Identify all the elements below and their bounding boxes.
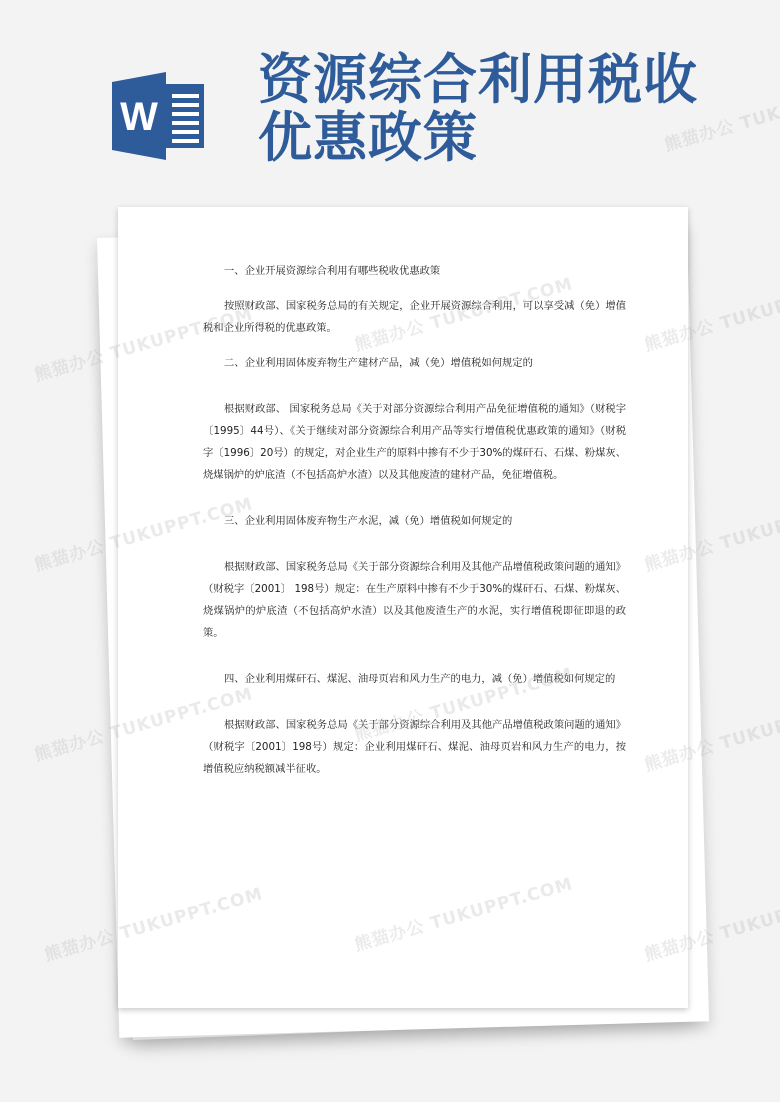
section-heading: 三、企业利用固体废弃物生产水泥，减（免）增值税如何规定的	[203, 510, 626, 532]
word-document-icon: W	[108, 68, 208, 164]
document-title: 资源综合利用税收 优惠政策	[258, 50, 728, 166]
svg-text:W: W	[120, 95, 158, 139]
section-body: 根据财政部、国家税务总局《关于部分资源综合利用及其他产品增值税政策问题的通知》（…	[203, 714, 626, 780]
section-heading: 四、企业利用煤矸石、煤泥、油母页岩和风力生产的电力，减（免）增值税如何规定的	[203, 668, 626, 690]
title-line-1: 资源综合利用税收	[258, 50, 728, 108]
document-body: 一、企业开展资源综合利用有哪些税收优惠政策 按照财政部、国家税务总局的有关规定，…	[203, 260, 626, 780]
section-heading: 一、企业开展资源综合利用有哪些税收优惠政策	[203, 260, 626, 282]
section-body: 根据财政部、国家税务总局《关于部分资源综合利用及其他产品增值税政策问题的通知》（…	[203, 556, 626, 644]
section-body: 按照财政部、国家税务总局的有关规定，企业开展资源综合利用，可以享受减（免）增值税…	[203, 295, 626, 339]
section-body: 根据财政部、 国家税务总局《关于对部分资源综合利用产品免征增值税的通知》（财税字…	[203, 398, 626, 486]
section-heading: 二、企业利用固体废弃物生产建材产品，减（免）增值税如何规定的	[203, 352, 626, 374]
title-line-2: 优惠政策	[258, 108, 728, 166]
document-page: 一、企业开展资源综合利用有哪些税收优惠政策 按照财政部、国家税务总局的有关规定，…	[118, 207, 688, 1008]
